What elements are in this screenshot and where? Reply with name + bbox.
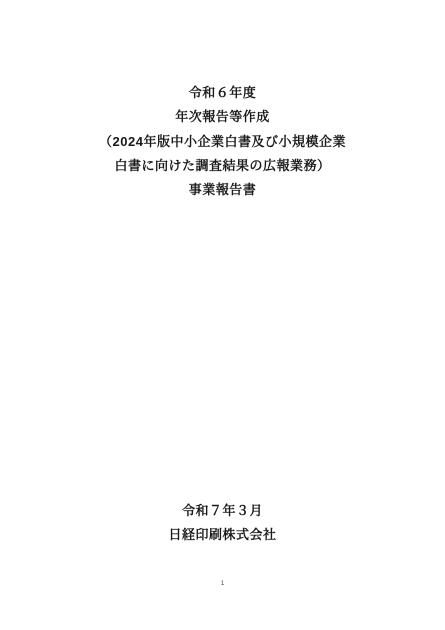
- page-number: 1: [0, 581, 445, 587]
- footer-date: 令和７年３月: [0, 499, 445, 523]
- title-line-fiscal-year: 令和６年度: [0, 81, 445, 105]
- cover-title-block: 令和６年度 年次報告等作成 （2024年版中小企業白書及び小規模企業 白書に向け…: [0, 81, 445, 202]
- title-line-subtitle-2: 白書に向けた調査結果の広報業務）: [0, 154, 445, 178]
- title-line-subtitle-1: （2024年版中小企業白書及び小規模企業: [0, 130, 445, 154]
- footer-company-name: 日経印刷株式会社: [0, 523, 445, 547]
- title-line-report-type: 年次報告等作成: [0, 105, 445, 129]
- title-line-document-name: 事業報告書: [0, 178, 445, 202]
- cover-footer-block: 令和７年３月 日経印刷株式会社: [0, 499, 445, 547]
- document-page: 令和６年度 年次報告等作成 （2024年版中小企業白書及び小規模企業 白書に向け…: [0, 0, 445, 630]
